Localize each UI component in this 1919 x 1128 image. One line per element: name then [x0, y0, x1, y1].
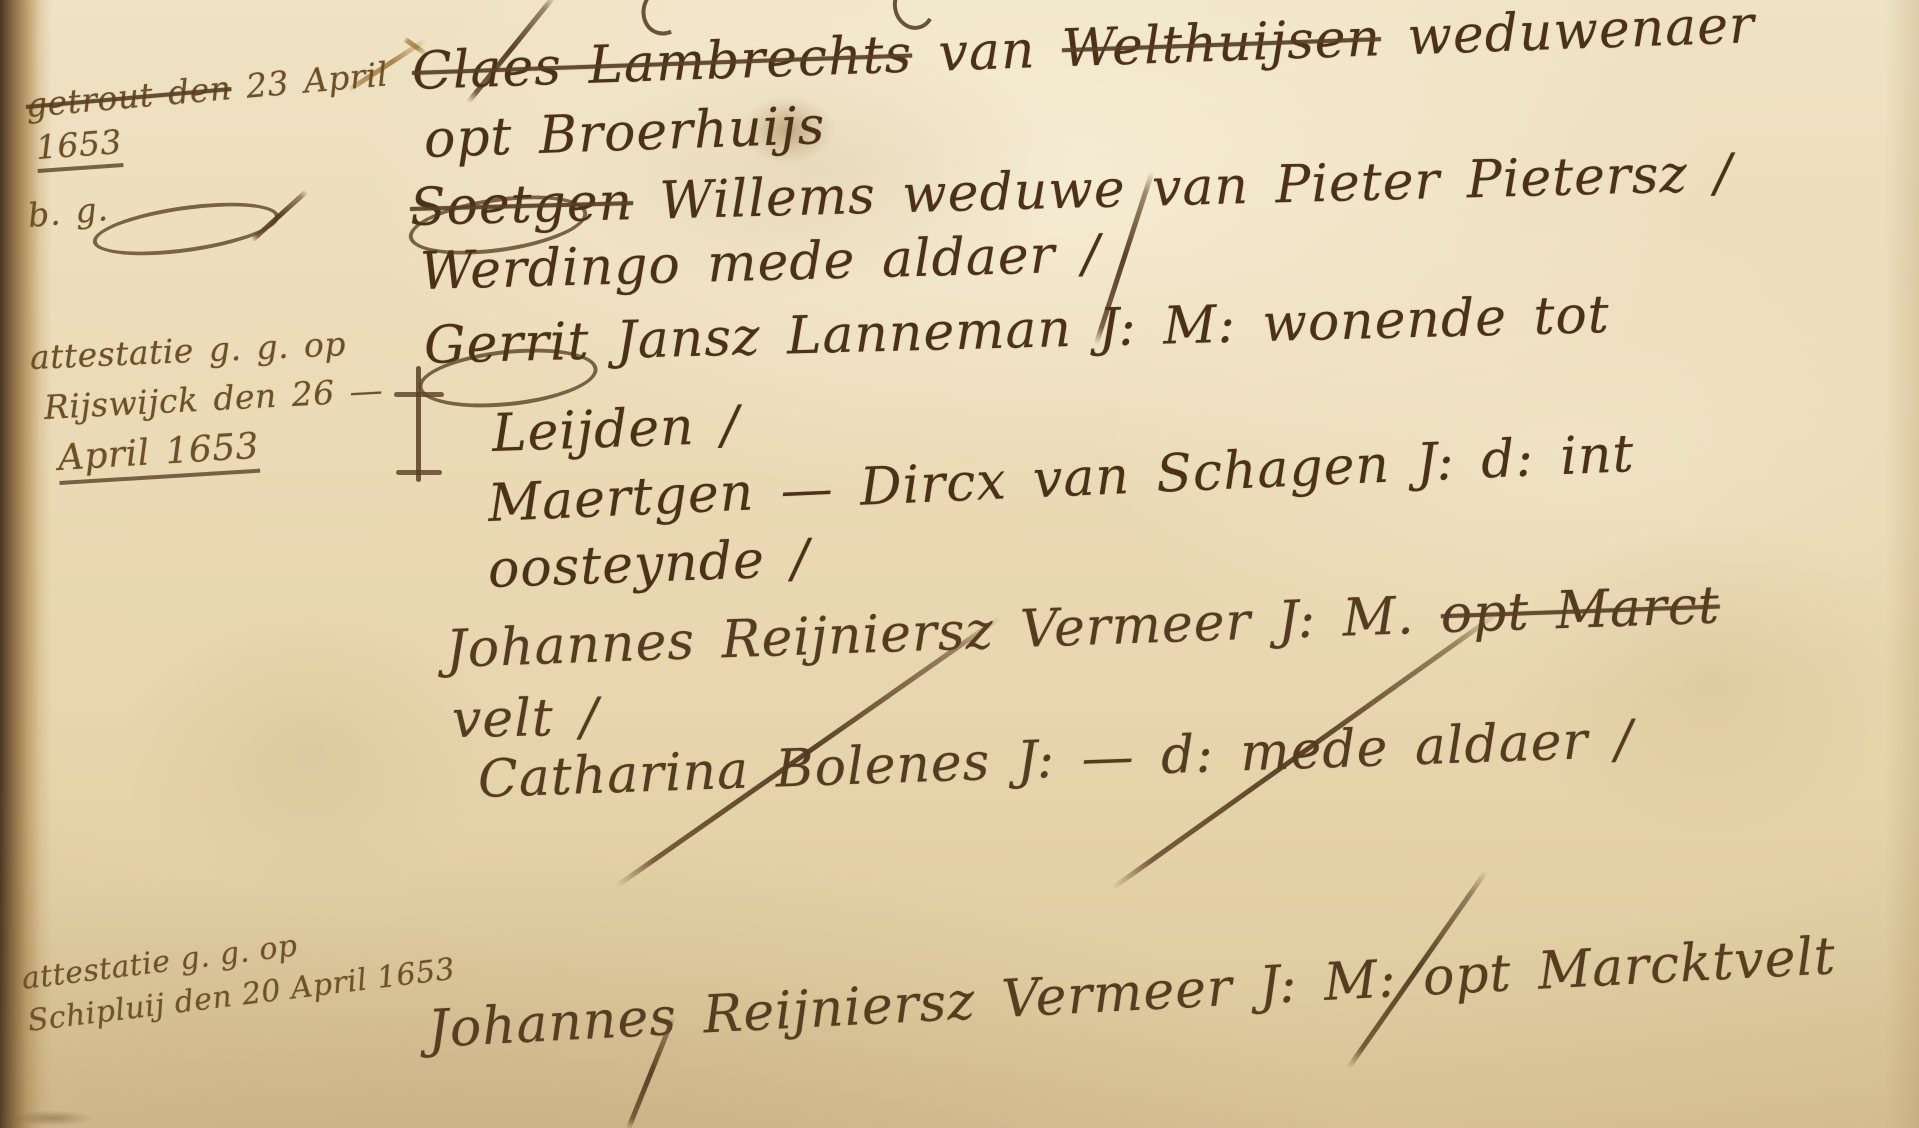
entry1-line1: Claes Lambrechts van Welthuijsen weduwen…	[411, 0, 1756, 102]
margin-attestation1-line3: April 1653	[57, 426, 260, 479]
entry4-line1: Johannes Reijniersz Vermeer J: M: opt Ma…	[426, 926, 1837, 1060]
entry2-line4: oosteynde /	[487, 529, 811, 600]
margin-attestation1-date: April 1653	[57, 426, 261, 485]
entry3-line2: velt /	[451, 687, 599, 750]
margin-note2-flourish	[90, 193, 283, 265]
margin-married-daymonth: 23 April	[230, 54, 390, 107]
entry2-line1: Gerrit Jansz Lanneman J: M: wonende tot	[423, 285, 1610, 376]
entry3-groom-address: opt Marct	[1440, 576, 1721, 646]
paper-stain	[1500, 520, 1919, 840]
margin-married-word: getrout den	[24, 68, 233, 125]
entry1-groom-name: Claes Lambrechts	[411, 25, 913, 102]
manuscript-page: getrout den 23 April 1653 b. g. attestat…	[0, 0, 1919, 1128]
entry1-bride-name: Soetgen	[409, 172, 634, 238]
bottom-left-shadow	[0, 1030, 260, 1128]
dagger-crossbar	[396, 470, 442, 475]
margin-married-year: 1653	[35, 122, 124, 173]
entry1-groom-origin: Welthuijsen	[1061, 8, 1382, 79]
entry2-line2: Leijden /	[491, 395, 741, 464]
margin-attestation1-line2: Rijswijck den 26 —	[43, 370, 384, 427]
entry3-line3: Catharina Bolenes J: — d: mede aldaer /	[477, 710, 1634, 810]
paper-stain	[120, 600, 500, 900]
margin-married-date-line2: 1653	[35, 122, 123, 167]
page-right-shade	[1885, 0, 1919, 1128]
margin-note2: b. g.	[26, 189, 109, 235]
entry3-groom-name: Johannes Reijniersz Vermeer J: M.	[445, 585, 1442, 680]
entry1-groom-status: weduwenaer	[1380, 0, 1756, 68]
entry1-line1-mid: van	[911, 19, 1063, 84]
margin-attestation1-line1: attestatie g. g. op	[29, 324, 347, 377]
margin-married-date-line1: getrout den 23 April	[24, 54, 389, 125]
